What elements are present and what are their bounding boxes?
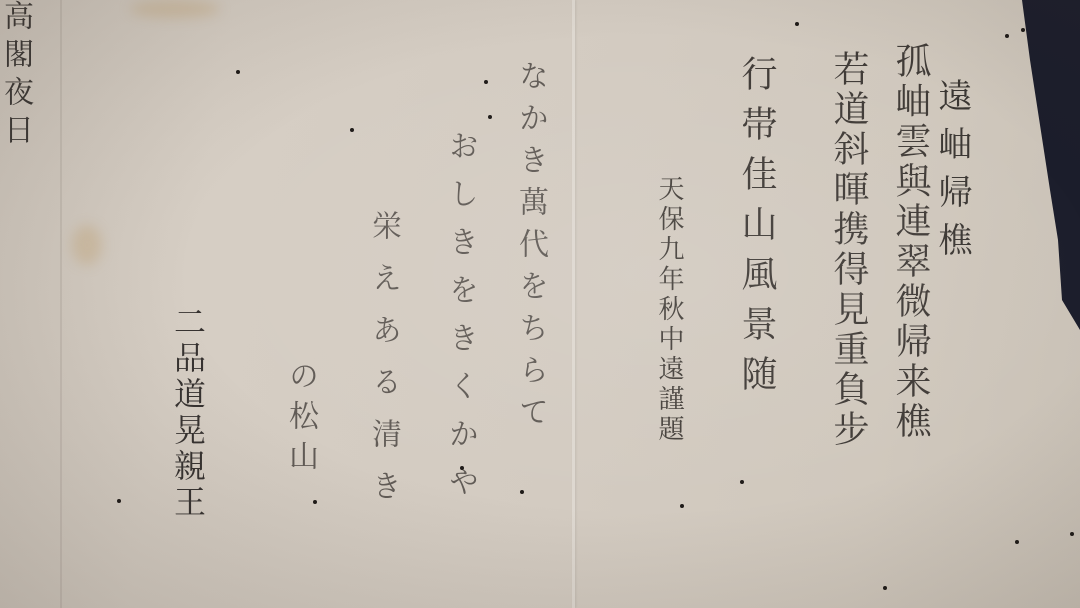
ink-speck	[1015, 540, 1019, 544]
ink-speck	[117, 499, 121, 503]
waka-line-1: なかき萬代をちらて	[515, 60, 545, 438]
ink-speck	[883, 586, 887, 590]
ink-speck	[1070, 532, 1074, 536]
ink-speck	[1005, 34, 1009, 38]
ink-speck	[520, 490, 524, 494]
ink-speck	[1021, 28, 1025, 32]
ink-speck	[488, 115, 492, 119]
left-fold-crease	[60, 0, 62, 608]
ink-speck	[680, 504, 684, 508]
author-name: 二品道晃親王	[172, 305, 204, 521]
ink-speck	[350, 128, 354, 132]
ink-speck	[460, 466, 464, 470]
poem-line-3: 行帯佳山風景随	[738, 55, 774, 405]
waka-line-4: の松山	[285, 360, 315, 480]
ink-speck	[484, 80, 488, 84]
paper-stain	[72, 225, 102, 265]
ink-speck	[313, 500, 317, 504]
poem-title: 遠岫帰樵	[935, 78, 969, 270]
waka-line-3: 栄えある清き	[368, 210, 398, 522]
ink-speck	[236, 70, 240, 74]
center-fold-crease	[572, 0, 575, 608]
paper-stain	[130, 0, 220, 18]
ink-speck	[740, 480, 744, 484]
waka-line-2: おしきをきくかや	[445, 130, 475, 514]
signature-line: 天保九年秋中遠謹題	[656, 175, 682, 445]
poem-line-2: 若道斜暉携得見重負步	[830, 50, 866, 450]
manuscript-paper: 高閣夜日 遠岫帰樵 孤岫雲與連翠微帰来樵 若道斜暉携得見重負步 行帯佳山風景随 …	[0, 0, 1080, 608]
poem-line-1: 孤岫雲與連翠微帰来樵	[892, 42, 928, 442]
left-edge-column: 高閣夜日	[0, 0, 30, 152]
ink-speck	[795, 22, 799, 26]
